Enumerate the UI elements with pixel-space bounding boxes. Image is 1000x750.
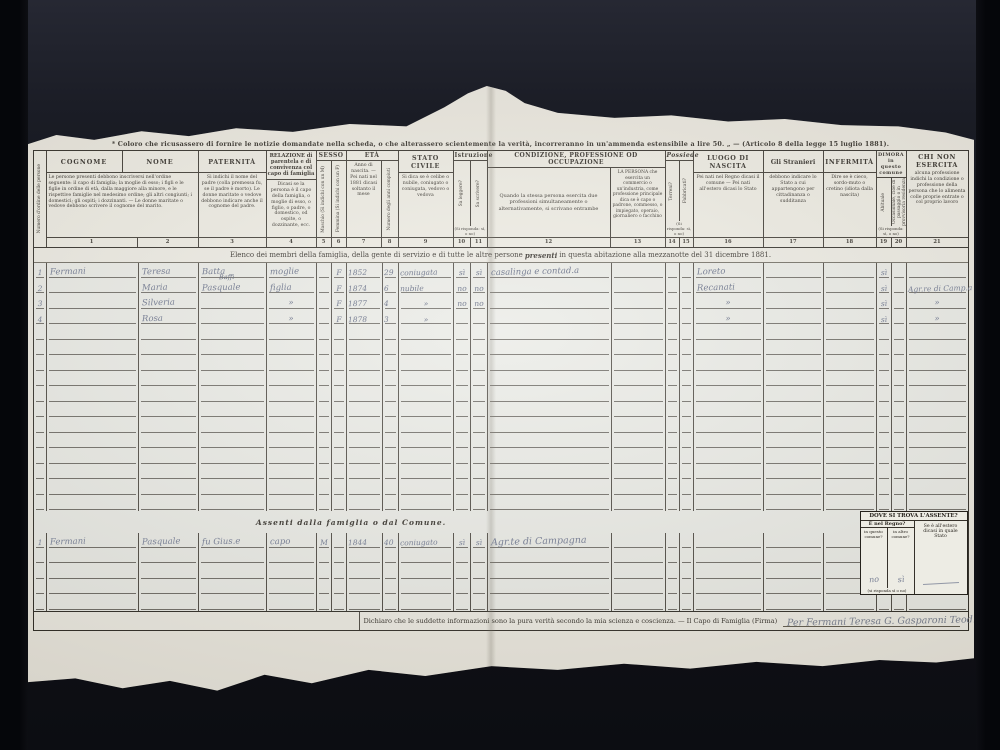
cognome-title: COGNOME xyxy=(61,158,107,166)
absent-person-row: 1 Fermani Pasquale fu Gius.e capo M 1844… xyxy=(34,533,968,549)
empty-table-row xyxy=(34,403,968,419)
col-possiede: Possiede Terreni? Fabbricati? (Si rispon… xyxy=(666,151,694,247)
assenti-caption: Assenti dalla famiglia o dal Comune. xyxy=(34,518,669,527)
questo-comune-value: no xyxy=(868,575,879,585)
person-row-3: 3 Silveria » F 1877 4 » no no » xyxy=(34,294,968,310)
col-relazione: RELAZIONE di parentela e di convivenza c… xyxy=(267,151,317,247)
col-luogo-nascita: LUOGO DI NASCITA Pei nati nel Regno dica… xyxy=(694,151,764,247)
col-stranieri: Gli Stranieri debbono indicare lo Stato … xyxy=(764,151,824,247)
empty-presenti-rows xyxy=(34,325,968,511)
possiede-title: Possiede xyxy=(666,151,693,161)
dove-title: DOVE SI TROVA L'ASSENTE? xyxy=(861,512,967,521)
paternita-correction: Baffi xyxy=(219,273,235,280)
possiede-note: (Si risponda: sì, o no) xyxy=(666,221,693,237)
col-numero-ordine: Numero d'ordine delle persone xyxy=(34,151,47,247)
empty-table-row xyxy=(34,356,968,372)
estero-scribble xyxy=(922,582,958,585)
condizione-title: CONDIZIONE, PROFESSIONE OD OCCUPAZIONE xyxy=(488,151,665,168)
signature-line: Per Fermani Teresa G. Gasparoni Teod.o xyxy=(783,615,959,627)
empty-table-row xyxy=(34,325,968,341)
eta-title: ETÀ xyxy=(347,151,398,161)
altro-comune-cell: in altro comune? sì xyxy=(888,528,914,588)
empty-table-row xyxy=(34,564,968,580)
anno-nascita-desc: Anno di nascita. — Pei nati nel 1881 dic… xyxy=(347,161,381,237)
table-background-left xyxy=(0,0,28,750)
istruzione-title: Istruzione xyxy=(454,151,487,161)
person-row-4: 4 Rosa » F 1878 3 » » sì xyxy=(34,310,968,326)
empty-table-row xyxy=(34,549,968,565)
chi-non-desc: alcuna professione indichi la condizione… xyxy=(907,169,968,237)
empty-assenti-rows xyxy=(34,549,968,611)
penalty-note: * Coloro che ricusassero di fornire le n… xyxy=(32,140,969,148)
nome-title: NOME xyxy=(146,158,173,166)
infermita-desc: Dire se è cieco, sordo-muto o cretino (i… xyxy=(824,173,876,237)
estero-cell: Se è all'estero dicasi in quale Stato xyxy=(915,521,967,594)
luogo-title: LUOGO DI NASCITA xyxy=(694,151,763,173)
paternita-desc: Si indichi il nome del padre (colla prem… xyxy=(199,173,266,237)
col-infermita: INFERMITÀ Dire se è cieco, sordo-muto o … xyxy=(824,151,877,247)
declaration-text: Dichiaro che le suddette informazioni so… xyxy=(360,617,782,625)
numero-ordine-label: Numero d'ordine delle persone xyxy=(37,164,42,233)
photo-of-census-sheet: * Coloro che ricusassero di fornire le n… xyxy=(0,0,1000,750)
person-row-2: 2 Maria BaffiPasquale figlia F 1874 6 nu… xyxy=(34,279,968,295)
dimora-title: DIMORA in questo comune xyxy=(877,151,906,178)
col-stato-civile: STATO CIVILE Si dica se è celibe o nubil… xyxy=(399,151,454,247)
chi-non-title: CHI NON ESERCITA xyxy=(907,151,968,169)
anni-compiuti-label: Numero degli anni compiuti xyxy=(387,168,392,231)
empty-table-row xyxy=(34,465,968,481)
empty-table-row xyxy=(34,480,968,496)
paternita-title: PATERNITÀ xyxy=(199,151,266,173)
dove-nota: (si risponda sì o no) xyxy=(861,588,914,594)
dove-si-trova-box: DOVE SI TROVA L'ASSENTE? È nel Regno? in… xyxy=(860,511,968,595)
dimora-note: (Si risponda: sì, o no) xyxy=(877,226,906,237)
empty-table-row xyxy=(34,449,968,465)
altro-comune-value: sì xyxy=(897,575,904,584)
declaration-spacer xyxy=(34,612,360,630)
sa-scrivere-label: Sa scrivere? xyxy=(476,180,481,207)
sa-leggere-label: Sa leggere? xyxy=(459,180,464,206)
empty-table-row xyxy=(34,595,968,611)
presenti-emphasis: presenti xyxy=(525,251,557,260)
col-cognome-nome: COGNOME NOME Le persone presenti debbono… xyxy=(47,151,199,247)
terreni-label: Terreni? xyxy=(669,182,674,201)
empty-table-row xyxy=(34,580,968,596)
presenti-caption: Elenco dei membri della famiglia, della … xyxy=(34,248,968,263)
col-istruzione: Istruzione Sa leggere? Sa scrivere? (Si … xyxy=(454,151,488,247)
assenti-caption-row: Assenti dalla famiglia o dal Comune. xyxy=(34,511,968,533)
maschio-label: Maschio (Si indichi con un M) xyxy=(321,166,326,233)
relazione-desc: Dicasi se la persona è il capo della fam… xyxy=(267,180,316,237)
condizione-desc: Quando la stessa persona esercita due pr… xyxy=(488,168,610,237)
empty-table-row xyxy=(34,434,968,450)
stato-civile-title: STATO CIVILE xyxy=(399,151,453,173)
census-table: Numero d'ordine delle persone COGNOME NO… xyxy=(33,150,969,631)
femmina-label: Femmina (Si indichi con un F) xyxy=(336,165,341,232)
infermita-title: INFERMITÀ xyxy=(824,151,876,173)
empty-table-row xyxy=(34,387,968,403)
stranieri-desc: debbono indicare lo Stato a cui apparten… xyxy=(764,173,823,237)
empty-table-row xyxy=(34,496,968,512)
occasionale-label: Occasionale, cioè di passaggio o in prov… xyxy=(892,178,906,226)
empty-table-row xyxy=(34,341,968,357)
col-condizione: CONDIZIONE, PROFESSIONE OD OCCUPAZIONE Q… xyxy=(488,151,666,247)
declaration-row: Dichiaro che le suddette informazioni so… xyxy=(34,611,968,630)
luogo-desc: Pei nati nel Regno dicasi il comune — Pe… xyxy=(694,173,763,237)
questo-comune-cell: in questo comune? no xyxy=(861,528,888,588)
la-persona-desc: LA PERSONA che esercita un commercio o u… xyxy=(611,168,665,237)
col-eta: ETÀ Anno di nascita. — Pei nati nel 1881… xyxy=(347,151,399,247)
relazione-title: RELAZIONE di parentela e di convivenza c… xyxy=(267,151,316,180)
stato-civile-desc: Si dica se è celibe o nubile, coniugato … xyxy=(399,173,453,237)
stranieri-title: Gli Stranieri xyxy=(764,151,823,173)
presenti-rows: 1 Fermani Teresa Batta moglie F 1852 29 … xyxy=(34,263,968,511)
table-background-right xyxy=(976,0,1000,750)
fabbricati-label: Fabbricati? xyxy=(683,178,688,203)
col-chi-non-esercita: CHI NON ESERCITA alcuna professione indi… xyxy=(907,151,968,247)
cognome-nome-desc: Le persone presenti debbono inscriversi … xyxy=(47,173,198,237)
empty-table-row xyxy=(34,418,968,434)
table-header: Numero d'ordine delle persone COGNOME NO… xyxy=(34,151,968,248)
istruzione-note: (Si risponda: sì, o no) xyxy=(454,226,487,237)
person-row-1: 1 Fermani Teresa Batta moglie F 1852 29 … xyxy=(34,263,968,279)
census-sheet-paper: * Coloro che ricusassero di fornire le n… xyxy=(28,86,974,698)
regno-label: È nel Regno? xyxy=(861,521,914,528)
col-sesso: SESSO Maschio (Si indichi con un M) Femm… xyxy=(317,151,347,247)
col-dimora: DIMORA in questo comune Abituale Occasio… xyxy=(877,151,907,247)
head-of-family-signature: Per Fermani Teresa G. Gasparoni Teod.o xyxy=(787,614,982,628)
col-paternita: PATERNITÀ Si indichi il nome del padre (… xyxy=(199,151,267,247)
sesso-title: SESSO xyxy=(317,151,346,161)
empty-table-row xyxy=(34,372,968,388)
assenti-section: Assenti dalla famiglia o dal Comune. DOV… xyxy=(34,511,968,611)
abituale-label: Abituale xyxy=(881,193,886,212)
